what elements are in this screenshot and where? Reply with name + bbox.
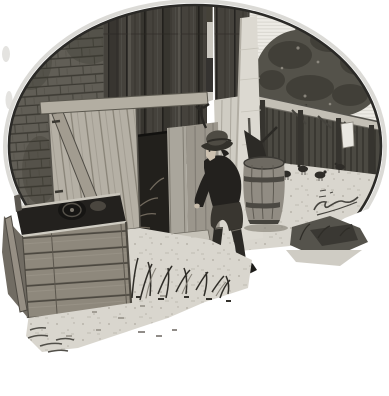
boy-hand bbox=[194, 204, 200, 209]
crate-front bbox=[22, 222, 131, 318]
hanging-cloth bbox=[341, 122, 354, 148]
door-gap-latch bbox=[206, 58, 213, 92]
engraving-figure: A boy wearing a round hat, dark jacket, … bbox=[0, 0, 389, 396]
engraving-svg: A boy wearing a round hat, dark jacket, … bbox=[0, 0, 389, 396]
crate-with-wheel bbox=[2, 194, 131, 318]
